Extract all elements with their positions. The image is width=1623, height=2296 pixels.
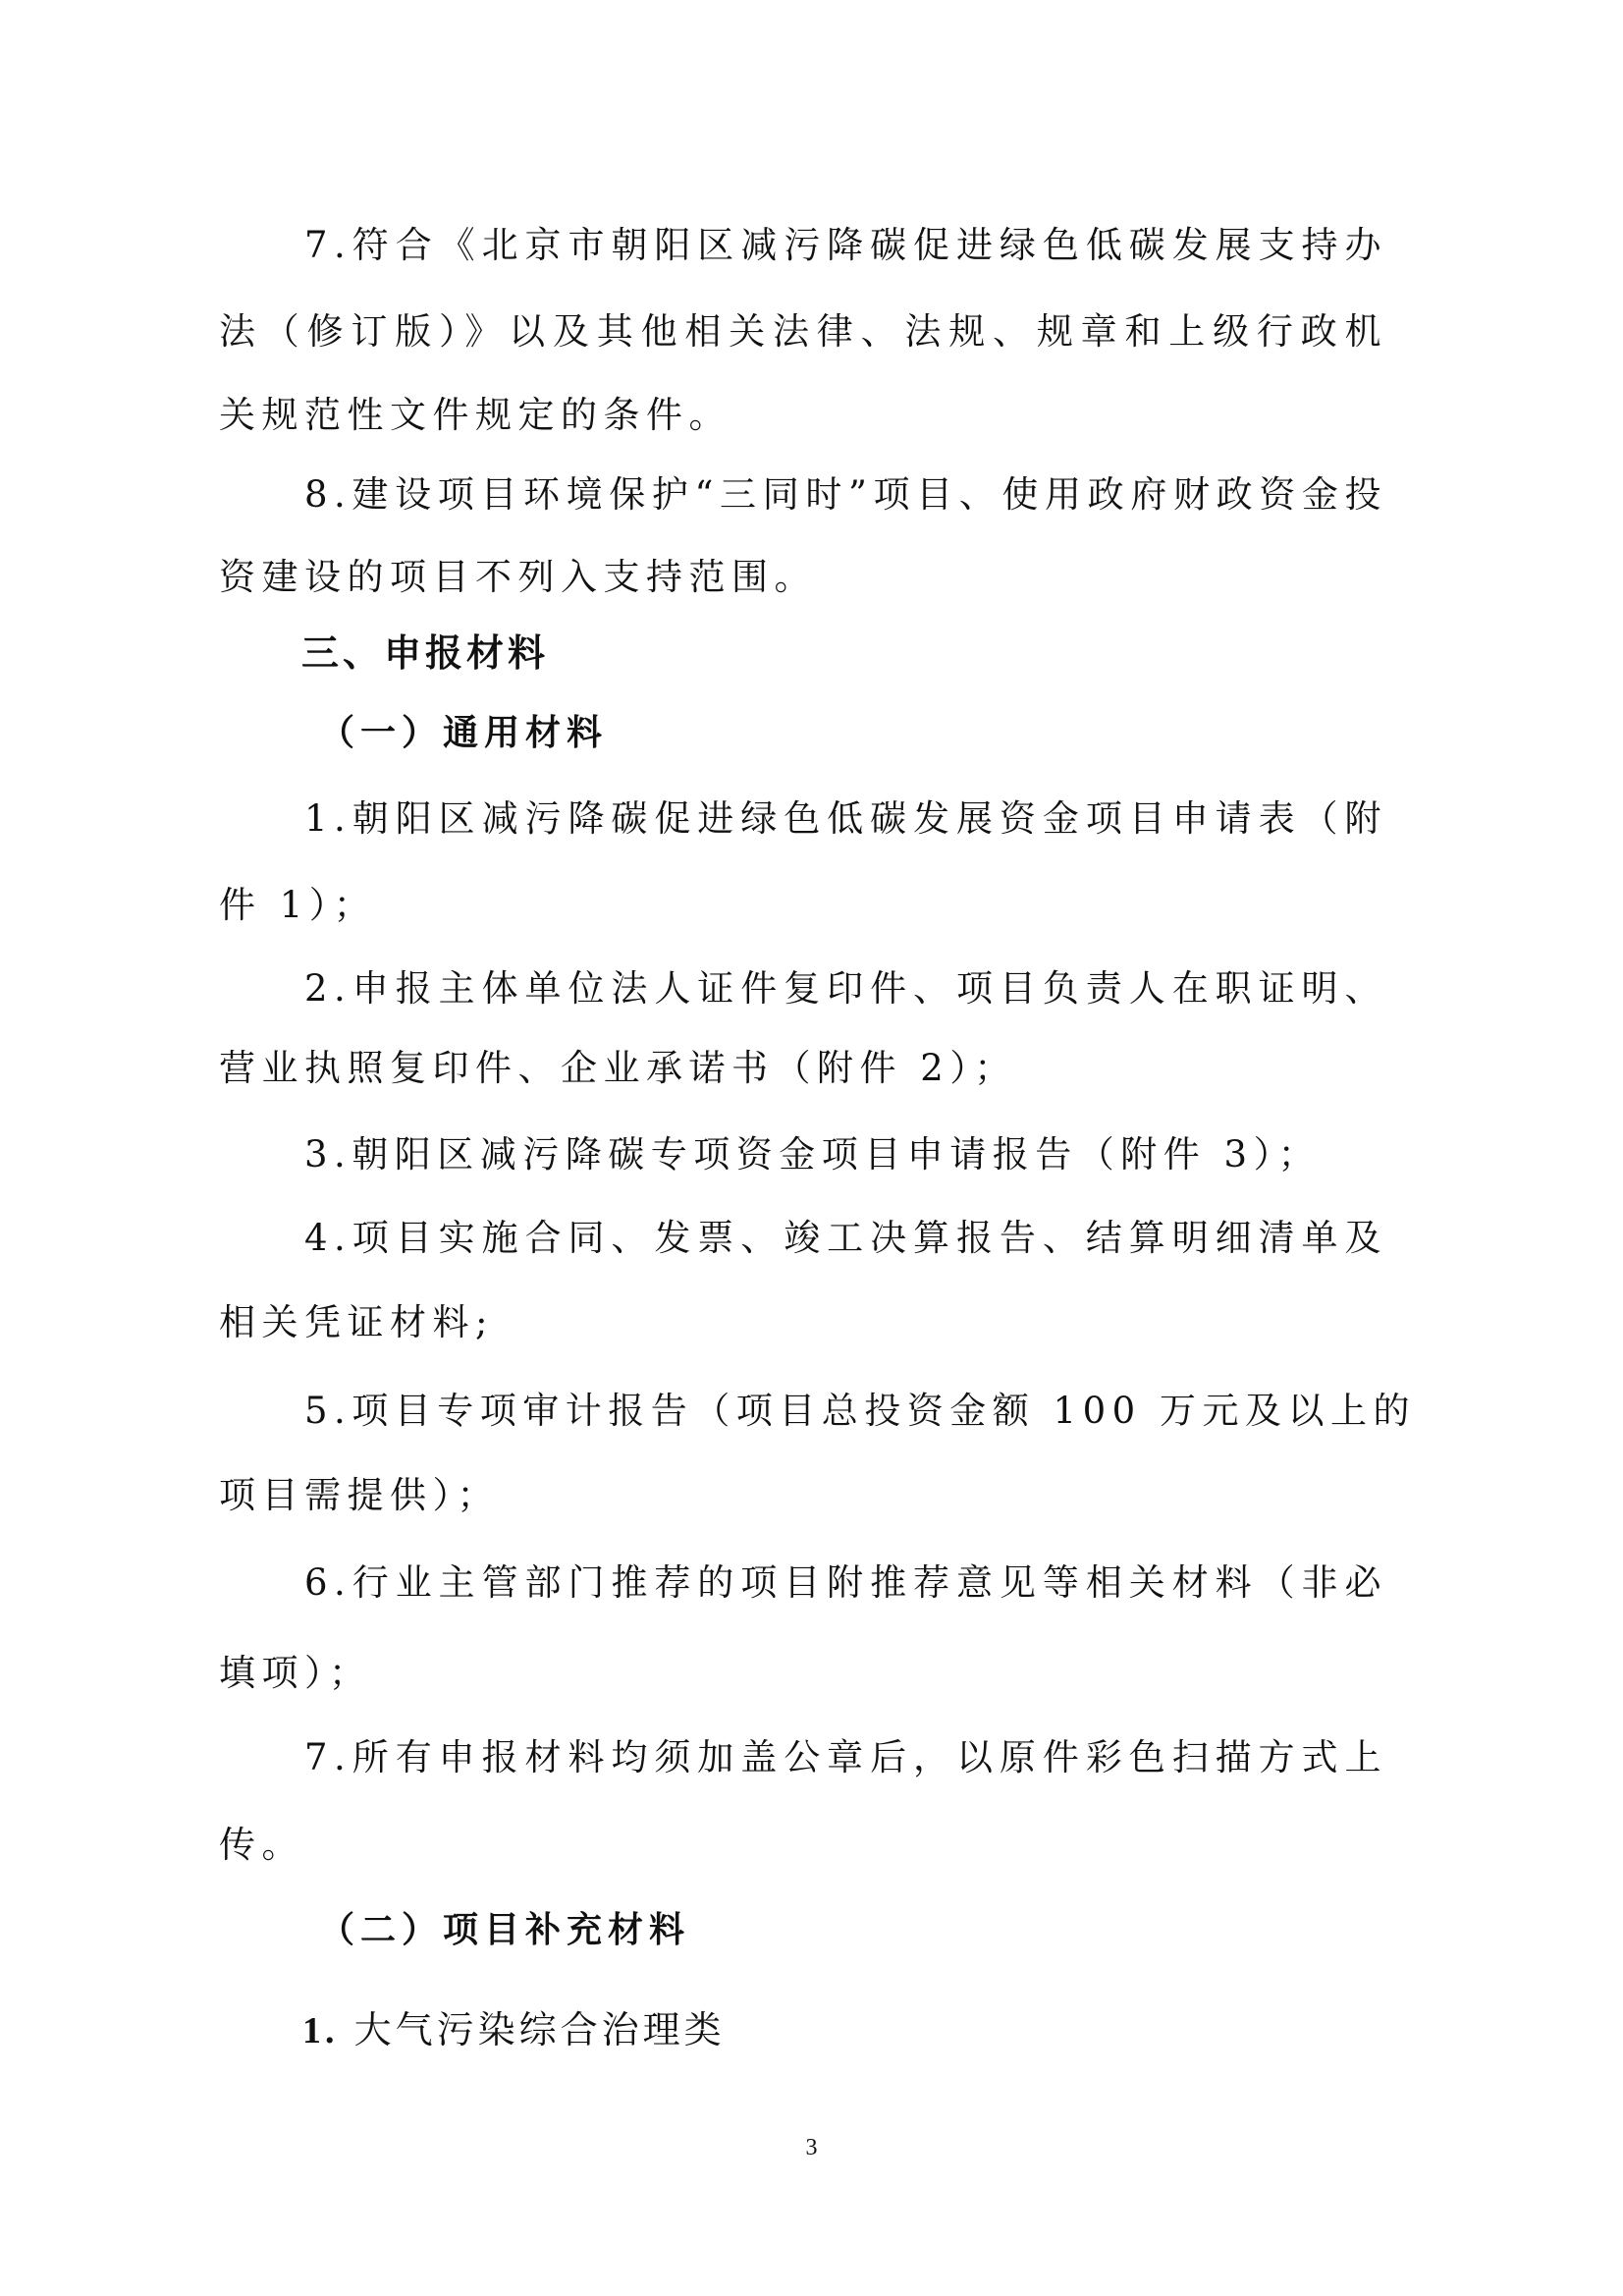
condition-8-line-1: 8.建设项目环境保护“三同时”项目、使用政府财政资金投	[304, 470, 1387, 519]
condition-7-line-3: 关规范性文件规定的条件。	[219, 391, 1397, 440]
page-number: 3	[0, 2134, 1623, 2161]
material-item-7-line-1: 7.所有申报材料均须加盖公章后，以原件彩色扫描方式上	[304, 1733, 1387, 1782]
subsection-heading-supplementary-materials: （二）项目补充材料	[319, 1905, 1497, 1954]
material-item-5-line-2: 项目需提供）；	[219, 1471, 1397, 1520]
document-page: 7.符合《北京市朝阳区减污降碳促进绿色低碳发展支持办 法（修订版）》以及其他相关…	[0, 0, 1623, 2296]
category-heading-air-pollution: 1. 大气污染综合治理类	[302, 2005, 1481, 2054]
condition-7-line-2: 法（修订版）》以及其他相关法律、法规、规章和上级行政机	[219, 307, 1387, 356]
condition-8-line-2: 资建设的项目不列入支持范围。	[219, 553, 1397, 602]
subsection-heading-general-materials: （一）通用材料	[319, 708, 1497, 757]
material-item-6-line-2: 填项）；	[219, 1649, 1397, 1698]
material-item-2-line-2: 营业执照复印件、企业承诺书（附件 2）；	[219, 1044, 1397, 1093]
category-number: 1.	[302, 2010, 339, 2051]
material-item-5-line-1: 5.项目专项审计报告（项目总投资金额 100 万元及以上的	[304, 1387, 1387, 1436]
material-item-7-line-2: 传。	[219, 1821, 1397, 1870]
section-heading: 三、申报材料	[301, 629, 1480, 678]
material-item-1-line-2: 件 1）；	[219, 881, 1397, 930]
material-item-2-line-1: 2.申报主体单位法人证件复印件、项目负责人在职证明、	[304, 964, 1387, 1013]
material-item-4-line-1: 4.项目实施合同、发票、竣工决算报告、结算明细清单及	[304, 1214, 1387, 1263]
material-item-1-line-1: 1.朝阳区减污降碳促进绿色低碳发展资金项目申请表（附	[304, 794, 1387, 844]
material-item-4-line-2: 相关凭证材料;	[219, 1298, 1397, 1347]
category-title: 大气污染综合治理类	[354, 2008, 726, 2051]
condition-7-line-1: 7.符合《北京市朝阳区减污降碳促进绿色低碳发展支持办	[304, 221, 1387, 270]
material-item-6-line-1: 6.行业主管部门推荐的项目附推荐意见等相关材料（非必	[304, 1558, 1387, 1608]
material-item-3-line-1: 3.朝阳区减污降碳专项资金项目申请报告（附件 3）；	[304, 1130, 1483, 1179]
